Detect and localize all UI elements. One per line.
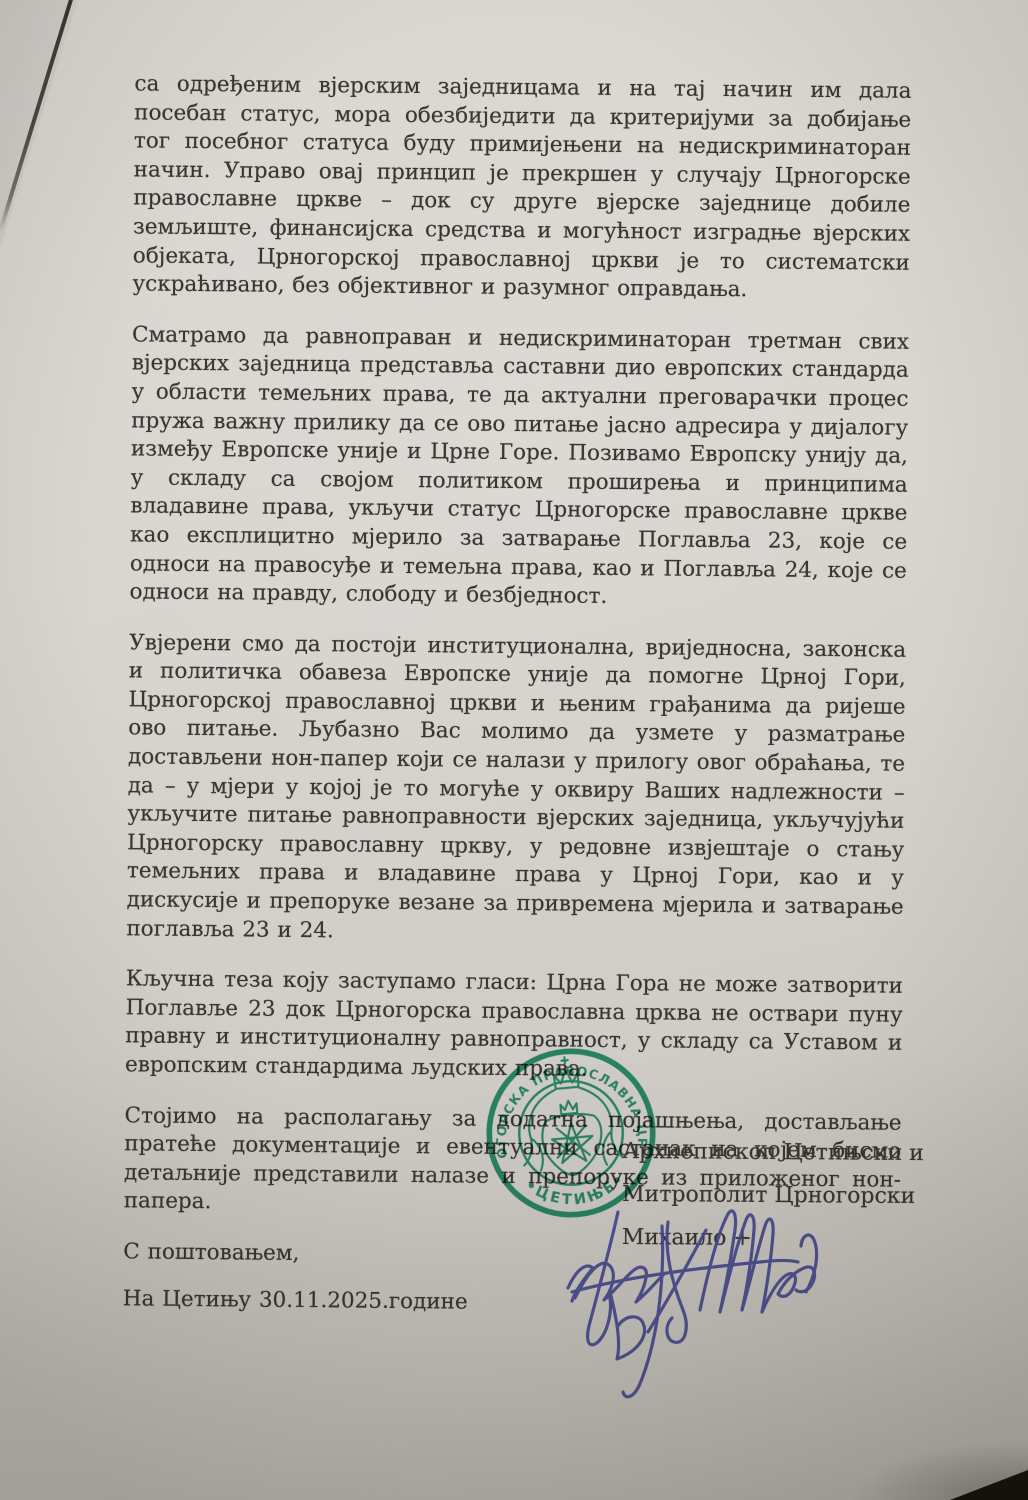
church-stamp: ЦРНОГОРСКА ПРАВОСЛАВНА ЦРКВА •ЦЕТИЊЕ• [475, 1037, 668, 1230]
signatory-title-line2: Митрополит Црногорски [622, 1184, 924, 1208]
paragraph-2: Сматрамо да равноправан и недискриминато… [129, 321, 909, 614]
stamp-ring-text: ЦРНОГОРСКА ПРАВОСЛАВНА ЦРКВА [475, 1037, 652, 1164]
place-date-line: На Цетињу 30.11.2025.године [123, 1285, 900, 1321]
letter-photo: са одређеним вјерским заједницама и на т… [0, 0, 1028, 1500]
signatory-title-line1: Архиепископ Цетињски и [622, 1141, 924, 1165]
signatory-block: Архиепископ Цетињски и Митрополит Црного… [622, 1141, 924, 1272]
signatory-name: Михаило + [622, 1227, 924, 1251]
svg-text:ЦРНОГОРСКА ПРАВОСЛАВНА ЦРКВА: ЦРНОГОРСКА ПРАВОСЛАВНА ЦРКВА [475, 1037, 652, 1164]
letter-body: са одређеним вјерским заједницама и на т… [0, 0, 1028, 1500]
paragraph-3: Увјерени смо да постоји институционална,… [126, 629, 906, 951]
paragraph-1: са одређеним вјерским заједницама и на т… [132, 70, 911, 306]
